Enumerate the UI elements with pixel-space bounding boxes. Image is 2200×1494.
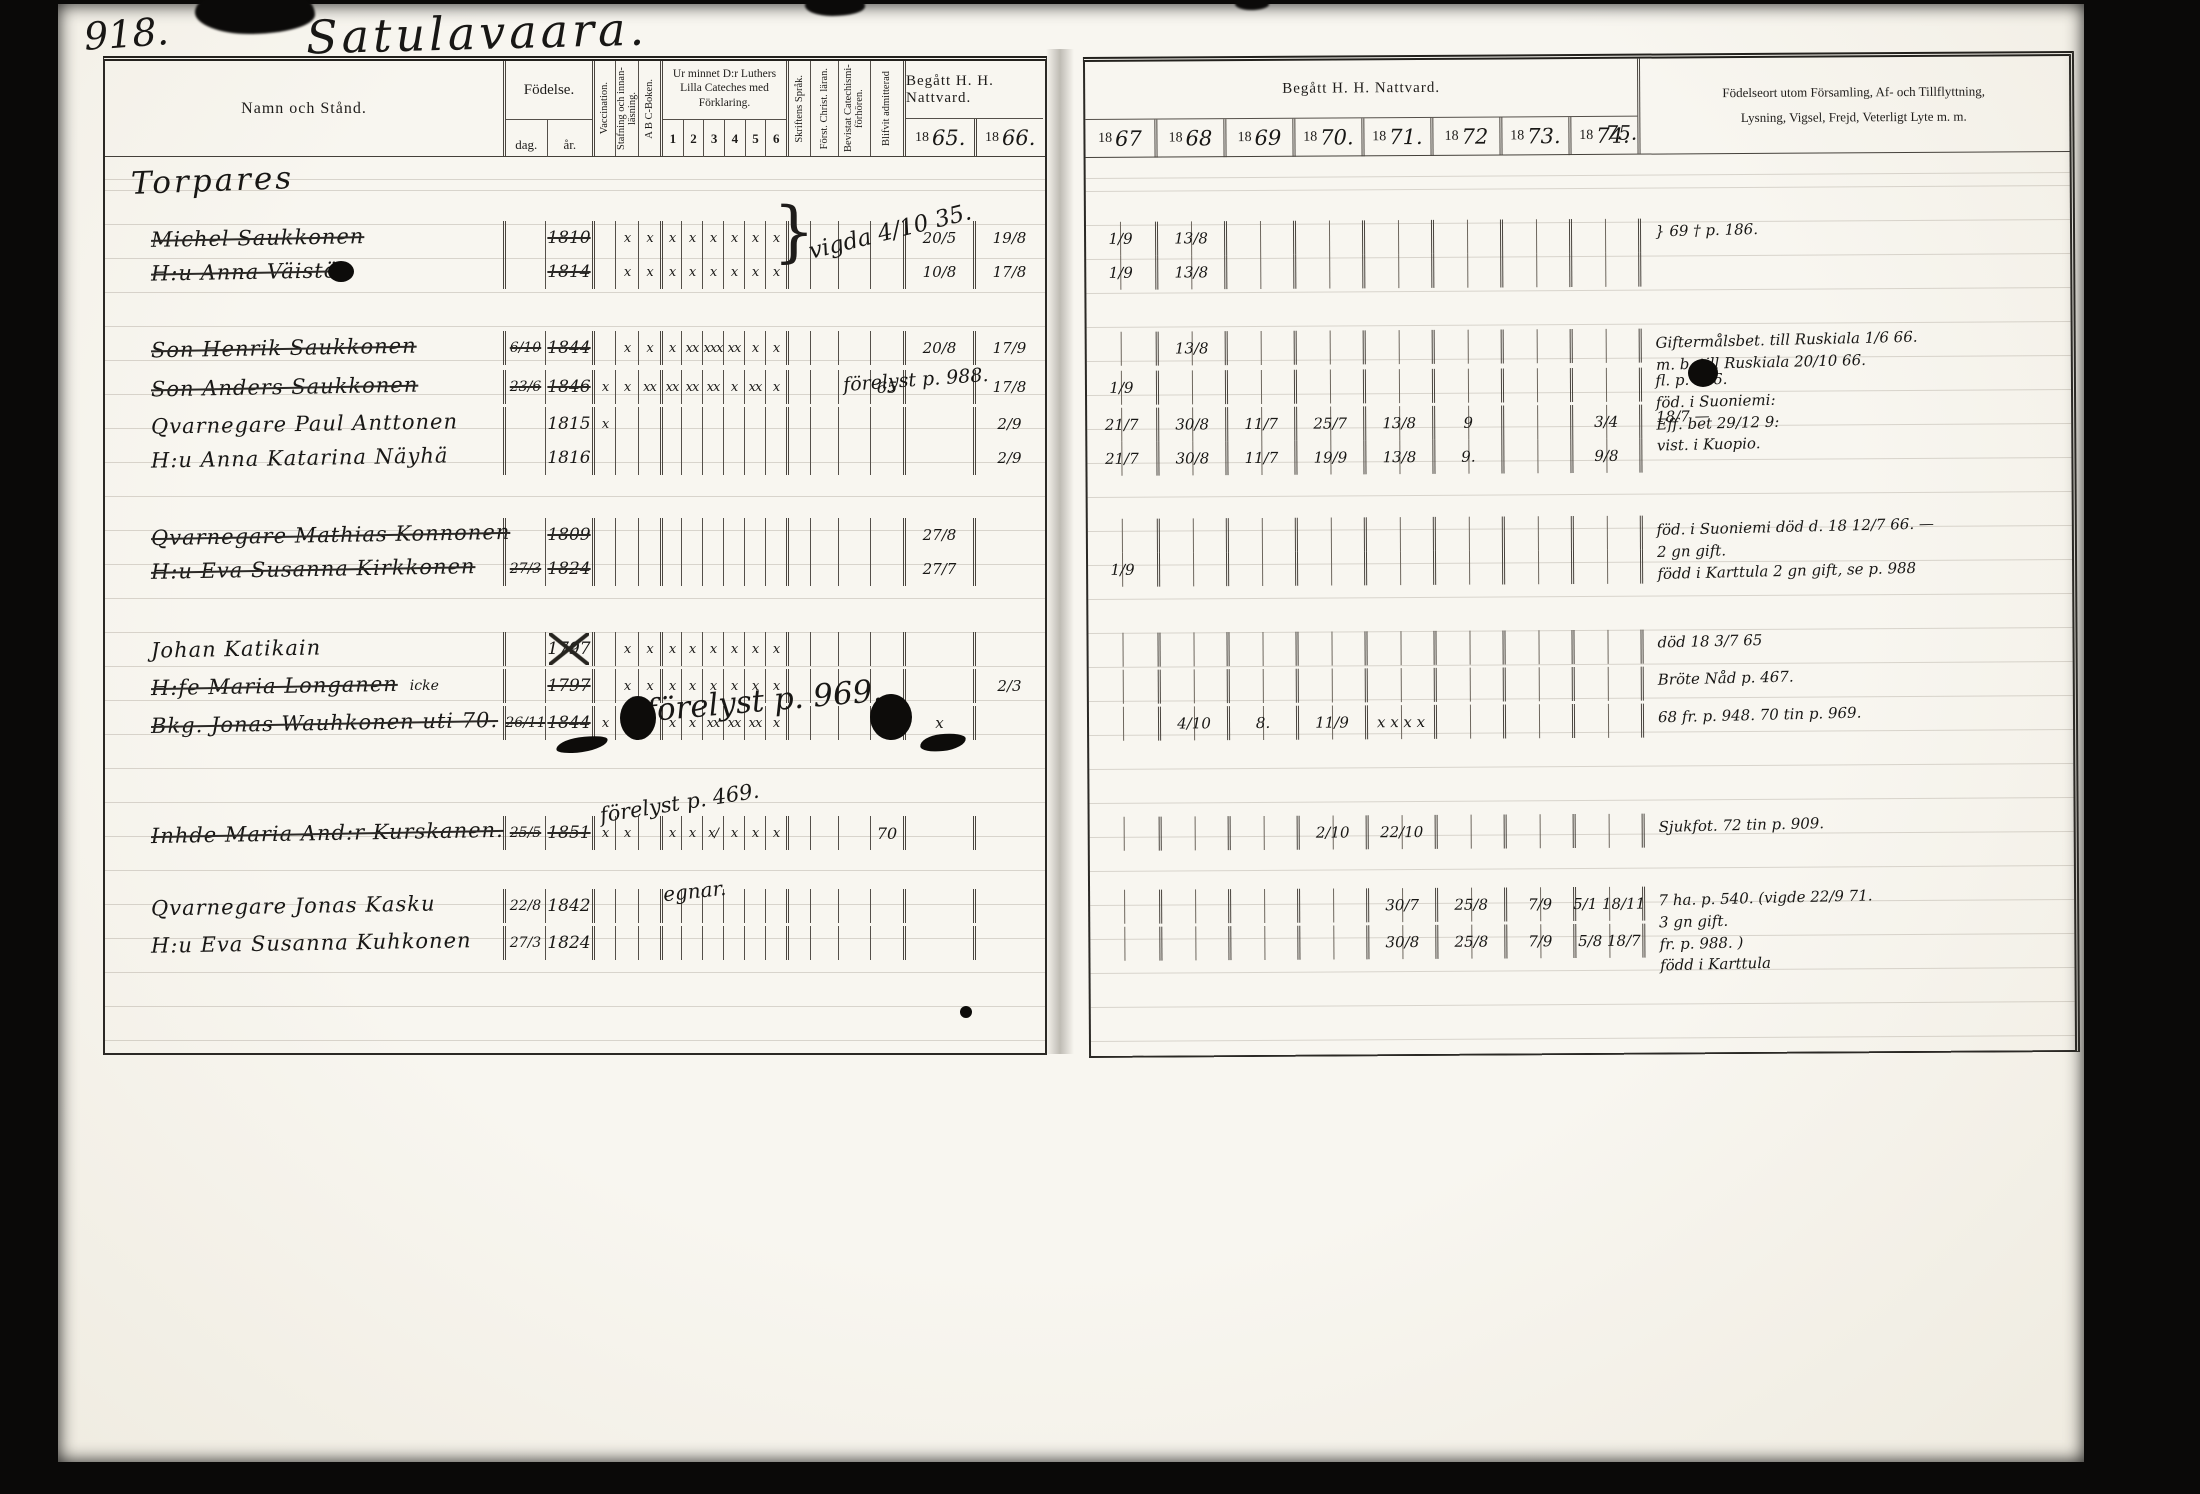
nattvard-1867-cell: 21/7 bbox=[1087, 408, 1156, 442]
cateches-col-3: 3 bbox=[703, 120, 724, 157]
register-row-left: H:u Anna Katarina Näyhä 1816 bbox=[105, 441, 1045, 475]
nattvard-1873-cell bbox=[1502, 516, 1571, 550]
year-column-header: 18 71. bbox=[1361, 118, 1430, 156]
birth-year-cell: 1844 bbox=[545, 706, 592, 740]
nattvard-1867-cell bbox=[1089, 670, 1158, 704]
bevistat-cell bbox=[838, 407, 870, 441]
year-handwritten-digits: 71. bbox=[1389, 125, 1423, 149]
left-page-table: Namn och Stånd. Födelse. dag. år. Vaccin… bbox=[103, 56, 1047, 1055]
person-name: Qvarnegare Mathias Konnonen bbox=[151, 520, 511, 550]
cateches-mark-4 bbox=[723, 926, 744, 960]
nattvard-1869-cell: 11/7 bbox=[1225, 407, 1294, 441]
register-row-right: 4/10 8. 11/9 x x x x 68 fr. p. 948. 70 t… bbox=[1089, 701, 2073, 741]
vaccination-mark bbox=[592, 518, 615, 552]
birth-day-cell bbox=[503, 221, 545, 255]
year-printed-prefix: 18 bbox=[1372, 129, 1386, 145]
header-blifvit-label: Blifvit admitterad bbox=[881, 71, 892, 146]
header-vaccination-label: Vaccination. bbox=[599, 82, 610, 134]
nattvard-1872-cell bbox=[1433, 550, 1502, 584]
right-table-body: 1/9 13/8 } 69 † p. 186. 1/9 13/8 bbox=[1086, 152, 2075, 1055]
cateches-mark-6: x bbox=[765, 331, 786, 365]
nattvard-1874-cell: 5/8 18/7 bbox=[1573, 924, 1642, 958]
nattvard-1873-cell bbox=[1501, 329, 1570, 363]
nattvard-1869-cell: 11/7 bbox=[1225, 441, 1294, 475]
cateches-mark-2: x bbox=[681, 816, 702, 850]
cateches-mark-2: x bbox=[681, 221, 702, 255]
cateches-mark-5: x bbox=[744, 669, 765, 703]
cateches-col-6: 6 bbox=[765, 120, 786, 157]
bevistat-cell bbox=[838, 706, 870, 740]
birth-year-cell: 1844 bbox=[545, 331, 592, 365]
header-forst-label: Först. Christ. läran. bbox=[819, 68, 830, 149]
nattvard-1867-cell: 1/9 bbox=[1088, 553, 1157, 587]
birth-year-cell: 1814 bbox=[545, 255, 592, 289]
header-dag: dag. bbox=[506, 120, 547, 157]
nattvard-1871-cell bbox=[1362, 220, 1431, 254]
cateches-mark-3 bbox=[702, 407, 723, 441]
nattvard-1871-cell bbox=[1365, 668, 1434, 702]
row-note: Sjukfot. 72 tin p. 909. bbox=[1658, 813, 1824, 839]
header-stafning: Stafning och innan-läsning. bbox=[615, 61, 638, 156]
name-cell: Son Henrik Saukkonen bbox=[105, 331, 503, 365]
cateches-mark-3: x bbox=[702, 669, 723, 703]
nattvard-1871-cell: 30/8 bbox=[1366, 925, 1435, 959]
nattvard-1868-cell: 4/10 bbox=[1158, 706, 1227, 740]
register-row-left: H:u Eva Susanna Kuhkonen 27/3 1824 bbox=[105, 926, 1045, 960]
cateches-mark-2 bbox=[681, 552, 702, 586]
cateches-mark-4: x bbox=[723, 632, 744, 666]
cateches-mark-2 bbox=[681, 518, 702, 552]
stafning-mark bbox=[615, 407, 638, 441]
nattvard-1874-cell bbox=[1569, 219, 1638, 253]
christ-laran-cell bbox=[810, 669, 838, 703]
birth-year-cell: 1824 bbox=[545, 926, 592, 960]
nattvard-1873-cell bbox=[1502, 630, 1571, 664]
cateches-mark-1 bbox=[660, 552, 681, 586]
cateches-col-2: 2 bbox=[683, 120, 704, 157]
nattvard-1874-cell bbox=[1572, 704, 1641, 738]
stafning-mark: x bbox=[615, 370, 638, 404]
birth-day-cell: 26/11 bbox=[503, 706, 545, 740]
header-fodelse: Födelse. dag. år. bbox=[503, 61, 592, 156]
cateches-mark-5 bbox=[744, 889, 765, 923]
nattvard-1870-cell bbox=[1294, 369, 1363, 403]
nattvard-1869-cell bbox=[1228, 889, 1297, 923]
nattvard-1874-cell bbox=[1569, 253, 1638, 287]
christ-laran-cell bbox=[810, 926, 838, 960]
nattvard-1869-cell bbox=[1226, 552, 1295, 586]
nattvard-1869-cell: 8. bbox=[1227, 706, 1296, 740]
name-cell: H:fe Maria Longanenicke bbox=[105, 669, 503, 703]
notes-cell: Bröte Nåd p. 467. bbox=[1641, 664, 2071, 701]
birth-day-cell bbox=[503, 669, 545, 703]
cateches-mark-6 bbox=[765, 518, 786, 552]
name-cell: H:u Eva Susanna Kuhkonen bbox=[105, 926, 503, 960]
nattvard-1872-cell: 25/8 bbox=[1435, 887, 1504, 921]
year-column-header: 18 72 bbox=[1430, 117, 1499, 155]
nattvard-1865-cell: 27/7 bbox=[903, 552, 973, 586]
notes-cell: död 18 3/7 65 bbox=[1640, 627, 2070, 664]
cateches-mark-5 bbox=[744, 518, 765, 552]
nattvard-1865-cell bbox=[903, 370, 973, 404]
right-table-header: Begått H. H. Nattvard. 18 67 18 68 bbox=[1085, 56, 2070, 158]
header-skriftens-sprak: Skriftens Språk. bbox=[786, 61, 810, 156]
bevistat-cell bbox=[838, 221, 870, 255]
right-year-columns: 18 67 18 68 18 69 bbox=[1085, 116, 1637, 158]
cateches-mark-4 bbox=[723, 518, 744, 552]
nattvard-1868-cell bbox=[1159, 889, 1228, 923]
cateches-mark-1: x bbox=[660, 221, 681, 255]
ink-blot bbox=[620, 696, 656, 740]
nattvard-1873-cell bbox=[1504, 814, 1573, 848]
nattvard-1870-cell: 2/10 bbox=[1297, 815, 1366, 849]
register-row-left: 1 Michel Saukkonen 1810 x x x x x x x x bbox=[105, 221, 1045, 255]
cateches-mark-3: x bbox=[702, 632, 723, 666]
cateches-mark-5 bbox=[744, 407, 765, 441]
nattvard-1871-cell bbox=[1364, 517, 1433, 551]
nattvard-1870-cell: 11/9 bbox=[1296, 705, 1365, 739]
skriftens-cell bbox=[786, 407, 810, 441]
parish-register-scan: 918. Satulavaara. Namn och Stånd. Födels… bbox=[0, 0, 2200, 1494]
cateches-col-5: 5 bbox=[745, 120, 766, 157]
nattvard-1866-cell: 17/8 bbox=[973, 255, 1043, 289]
stafning-mark: x bbox=[615, 255, 638, 289]
person-name: Son Anders Saukkonen bbox=[151, 373, 419, 402]
year-printed-prefix: 18 bbox=[1169, 130, 1183, 146]
cateches-mark-6: x bbox=[765, 255, 786, 289]
nattvard-1871-cell: 13/8 bbox=[1363, 406, 1432, 440]
nattvard-1874-cell bbox=[1572, 667, 1641, 701]
cateches-mark-6 bbox=[765, 889, 786, 923]
nattvard-1870-cell: 19/9 bbox=[1294, 440, 1363, 474]
header-namn-och-stand: Namn och Stånd. bbox=[105, 61, 503, 156]
paper-spread: 918. Satulavaara. Namn och Stånd. Födels… bbox=[58, 4, 2084, 1462]
header-begatt-nattvard-right: Begått H. H. Nattvard. 18 67 18 68 bbox=[1085, 59, 1638, 157]
cateches-mark-1: x bbox=[660, 632, 681, 666]
cateches-mark-5: x bbox=[744, 221, 765, 255]
stafning-mark bbox=[615, 889, 638, 923]
person-name: H:fe Maria Longanen bbox=[151, 672, 398, 700]
cateches-mark-1: x bbox=[660, 255, 681, 289]
register-row-right: Bröte Nåd p. 467. bbox=[1089, 664, 2073, 704]
header-fodelse-sub: dag. år. bbox=[506, 119, 592, 157]
year-handwritten-digits: 69 bbox=[1255, 126, 1282, 150]
vaccination-mark: x bbox=[592, 816, 615, 850]
birth-day-cell bbox=[503, 407, 545, 441]
birth-day-cell: 25/5 bbox=[503, 816, 545, 850]
admitterad-cell bbox=[870, 632, 903, 666]
christ-laran-cell bbox=[810, 255, 838, 289]
header-begatt-label: Begått H. H. Nattvard. bbox=[906, 61, 1043, 118]
header-blifvit-admitterad: Blifvit admitterad bbox=[870, 61, 903, 156]
header-vaccination: Vaccination. bbox=[592, 61, 615, 156]
skriftens-cell bbox=[786, 816, 810, 850]
birth-day-cell: 27/3 bbox=[503, 552, 545, 586]
nattvard-1874-cell bbox=[1571, 550, 1640, 584]
cateches-mark-2: x bbox=[681, 255, 702, 289]
cateches-mark-4: x bbox=[723, 370, 744, 404]
year-column-header: 18 70. bbox=[1292, 118, 1361, 156]
cateches-mark-3: xx bbox=[702, 706, 723, 740]
cateches-mark-6: x bbox=[765, 632, 786, 666]
vaccination-mark bbox=[592, 926, 615, 960]
header-begatt-right-label: Begått H. H. Nattvard. bbox=[1085, 59, 1637, 119]
bevistat-cell bbox=[838, 816, 870, 850]
nattvard-1874-cell: 9/8 bbox=[1570, 439, 1639, 473]
nattvard-1865-cell: 10/8 bbox=[903, 255, 973, 289]
register-row-right: 2/10 22/10 Sjukfot. 72 tin p. 909. bbox=[1090, 811, 2074, 851]
cateches-mark-5: x bbox=[744, 632, 765, 666]
cateches-mark-1: x bbox=[660, 816, 681, 850]
name-cell: Bkg. Jonas Wauhkonen uti 70. bbox=[105, 706, 503, 740]
nattvard-1869-cell bbox=[1226, 632, 1295, 666]
ink-blot bbox=[870, 694, 912, 740]
admitterad-cell bbox=[870, 552, 903, 586]
admitterad-cell bbox=[870, 441, 903, 475]
skriftens-cell bbox=[786, 331, 810, 365]
nattvard-1872-cell bbox=[1431, 219, 1500, 253]
birth-year-cell: 1797 bbox=[545, 669, 592, 703]
year-handwritten-digits: 70. bbox=[1320, 125, 1354, 149]
nattvard-1870-cell bbox=[1295, 631, 1364, 665]
birth-year-cell: 1810 bbox=[545, 221, 592, 255]
nattvard-1867-cell: 21/7 bbox=[1087, 442, 1156, 476]
nattvard-1865-cell bbox=[903, 889, 973, 923]
year-handwritten-digits: 74. bbox=[1596, 124, 1630, 148]
bevistat-cell bbox=[838, 518, 870, 552]
birth-day-cell: 22/8 bbox=[503, 889, 545, 923]
nattvard-1867-cell: 1/9 bbox=[1087, 371, 1156, 405]
register-row-right: 1/9 bbox=[1088, 547, 2072, 587]
nattvard-1872-cell bbox=[1433, 630, 1502, 664]
nattvard-1867-cell: 1/9 bbox=[1086, 222, 1155, 256]
register-row-left: i bgd H:fe Maria Longanenicke 1797 x x x… bbox=[105, 669, 1045, 703]
name-cell: Qvarnegare Paul Anttonen bbox=[105, 407, 503, 441]
skriftens-cell bbox=[786, 441, 810, 475]
skriftens-cell bbox=[786, 255, 810, 289]
nattvard-1872-cell bbox=[1432, 368, 1501, 402]
cateches-mark-4 bbox=[723, 552, 744, 586]
nattvard-1865-cell bbox=[903, 926, 973, 960]
nattvard-1872-cell bbox=[1434, 667, 1503, 701]
nattvard-1870-cell bbox=[1297, 925, 1366, 959]
cateches-mark-4: x bbox=[723, 255, 744, 289]
nattvard-1871-cell bbox=[1364, 631, 1433, 665]
birth-year-cell: 1815 bbox=[545, 407, 592, 441]
skriftens-cell bbox=[786, 926, 810, 960]
name-cell: Johan Katikain bbox=[105, 632, 503, 666]
skriftens-cell bbox=[786, 706, 810, 740]
nattvard-1865-cell bbox=[903, 407, 973, 441]
header-forst-christ-laran: Först. Christ. läran. bbox=[810, 61, 838, 156]
cateches-mark-5: x bbox=[744, 255, 765, 289]
name-cell: Qvarnegare Mathias Konnonen bbox=[105, 518, 503, 552]
christ-laran-cell bbox=[810, 632, 838, 666]
left-table-body: 1 Michel Saukkonen 1810 x x x x x x x x bbox=[105, 157, 1045, 1052]
nattvard-1865-cell: 27/8 bbox=[903, 518, 973, 552]
nattvard-1871-cell bbox=[1362, 254, 1431, 288]
cateches-mark-5 bbox=[744, 926, 765, 960]
cateches-mark-4 bbox=[723, 441, 744, 475]
nattvard-1872-cell bbox=[1435, 814, 1504, 848]
cateches-mark-2 bbox=[681, 407, 702, 441]
skriftens-cell bbox=[786, 889, 810, 923]
year-column-header: 18 65. bbox=[906, 119, 974, 157]
year-printed-prefix: 18 bbox=[915, 130, 929, 146]
nattvard-1869-cell bbox=[1228, 926, 1297, 960]
christ-laran-cell bbox=[810, 706, 838, 740]
stafning-mark: x bbox=[615, 632, 638, 666]
nattvard-1871-cell bbox=[1364, 551, 1433, 585]
skriftens-cell bbox=[786, 518, 810, 552]
register-row-left: Son Anders Saukkonen 23/6 1846 x x xx xx… bbox=[105, 370, 1045, 404]
cateches-mark-2: x bbox=[681, 706, 702, 740]
year-printed-prefix: 18 bbox=[1238, 130, 1252, 146]
nattvard-1868-cell bbox=[1157, 552, 1226, 586]
nattvard-1873-cell bbox=[1500, 219, 1569, 253]
cateches-mark-2 bbox=[681, 926, 702, 960]
name-cell: Michel Saukkonen bbox=[105, 221, 503, 255]
nattvard-1866-cell: 17/8 bbox=[973, 370, 1043, 404]
cateches-mark-4: xx bbox=[723, 706, 744, 740]
row-note: 18/7 — bbox=[1656, 406, 1710, 429]
cateches-mark-3 bbox=[702, 552, 723, 586]
christ-laran-cell bbox=[810, 518, 838, 552]
vaccination-mark: x bbox=[592, 370, 615, 404]
register-row-left: 1 Inhde Maria And:r Kurskanen. 25/5 1851… bbox=[105, 816, 1045, 850]
year-printed-prefix: 18 bbox=[1510, 128, 1524, 144]
name-cell: H:u Anna Katarina Näyhä bbox=[105, 441, 503, 475]
nattvard-1870-cell bbox=[1293, 220, 1362, 254]
nattvard-1874-cell bbox=[1571, 630, 1640, 664]
cateches-mark-3 bbox=[702, 926, 723, 960]
year-handwritten-digits: 66. bbox=[1002, 126, 1035, 150]
nattvard-1869-cell bbox=[1226, 518, 1295, 552]
cateches-col-1: 1 bbox=[663, 120, 683, 157]
birth-day-cell bbox=[503, 632, 545, 666]
header-namn-label: Namn och Stånd. bbox=[241, 100, 367, 118]
abc-mark: x bbox=[638, 221, 660, 255]
cateches-mark-3: xx bbox=[702, 370, 723, 404]
bevistat-cell bbox=[838, 926, 870, 960]
header-notes-column: Födelseort utom Församling, Af- och Till… bbox=[1637, 56, 2068, 154]
nattvard-1865-cell bbox=[903, 441, 973, 475]
birth-year-cell: 1809 bbox=[545, 518, 592, 552]
person-name: Johan Katikain bbox=[151, 636, 322, 663]
person-name: Qvarnegare Jonas Kasku bbox=[151, 892, 436, 921]
register-row-left: 5 Qvarnegare Mathias Konnonen 1809 bbox=[105, 518, 1045, 552]
page-number: 918. bbox=[83, 9, 170, 59]
year-handwritten-digits: 72 bbox=[1461, 125, 1488, 149]
left-year-columns: 18 65. 18 66. bbox=[906, 118, 1043, 157]
nattvard-1866-cell bbox=[973, 926, 1043, 960]
cateches-mark-2 bbox=[681, 441, 702, 475]
christ-laran-cell bbox=[810, 407, 838, 441]
nattvard-1874-cell: 3/4 bbox=[1570, 405, 1639, 439]
notes-cell: Sjukfot. 72 tin p. 909. bbox=[1642, 811, 2072, 848]
admitterad-cell bbox=[870, 407, 903, 441]
register-row-left: Son Henrik Saukkonen 6/10 1844 x x x xx … bbox=[105, 331, 1045, 365]
nattvard-1867-cell bbox=[1090, 927, 1159, 961]
cateches-mark-4 bbox=[723, 889, 744, 923]
nattvard-1872-cell: 9. bbox=[1432, 439, 1501, 473]
cateches-mark-1 bbox=[660, 518, 681, 552]
page-gutter-shadow bbox=[1046, 49, 1074, 1054]
cateches-mark-4: x bbox=[723, 221, 744, 255]
cateches-mark-5: x bbox=[744, 816, 765, 850]
header-begatt-nattvard-left: Begått H. H. Nattvard. 18 65. 18 66. bbox=[903, 61, 1043, 156]
vaccination-mark bbox=[592, 441, 615, 475]
notes-cell bbox=[1639, 436, 2069, 473]
bevistat-cell bbox=[838, 552, 870, 586]
nattvard-1865-cell bbox=[903, 632, 973, 666]
cateches-mark-5: xx bbox=[744, 370, 765, 404]
cateches-mark-2: xx bbox=[681, 331, 702, 365]
cateches-mark-5: xx bbox=[744, 706, 765, 740]
year-column-header: 18 67 bbox=[1085, 120, 1154, 158]
row-note: död 18 3/7 65 bbox=[1657, 630, 1762, 654]
header-abc-label: A B C-Boken. bbox=[644, 79, 655, 139]
nattvard-1870-cell bbox=[1294, 330, 1363, 364]
ink-dot bbox=[960, 1006, 972, 1018]
bevistat-cell bbox=[838, 255, 870, 289]
nattvard-1869-cell bbox=[1224, 221, 1293, 255]
person-name: Michel Saukkonen bbox=[151, 224, 365, 252]
notes-cell: 18/7 — bbox=[1639, 402, 2069, 439]
abc-mark: x bbox=[638, 632, 660, 666]
abc-mark bbox=[638, 926, 660, 960]
header-cateches-columns: 1 2 3 4 5 6 bbox=[663, 119, 786, 157]
notes-header-line1: Födelseort utom Församling, Af- och Till… bbox=[1640, 83, 2067, 102]
year-column-header: 18 73. bbox=[1499, 117, 1568, 155]
nattvard-1867-cell: 1/9 bbox=[1086, 256, 1155, 290]
year-printed-prefix: 18 bbox=[1098, 131, 1112, 147]
nattvard-1867-cell bbox=[1090, 890, 1159, 924]
cateches-mark-1: x bbox=[660, 706, 681, 740]
year-printed-prefix: 18 bbox=[1303, 130, 1317, 146]
cateches-mark-2: x bbox=[681, 632, 702, 666]
nattvard-1869-cell bbox=[1224, 255, 1293, 289]
nattvard-1872-cell: 25/8 bbox=[1435, 924, 1504, 958]
birth-day-cell: 23/6 bbox=[503, 370, 545, 404]
person-name: H:u Anna Katarina Näyhä bbox=[151, 443, 449, 472]
vaccination-mark bbox=[592, 331, 615, 365]
year-column-header: 18 66. bbox=[974, 119, 1043, 157]
nattvard-1873-cell bbox=[1500, 253, 1569, 287]
name-suffix-note: icke bbox=[410, 678, 439, 694]
vaccination-mark bbox=[592, 632, 615, 666]
nattvard-1868-cell: 13/8 bbox=[1155, 221, 1224, 255]
cateches-mark-6: x bbox=[765, 669, 786, 703]
nattvard-1865-cell bbox=[903, 669, 973, 703]
notes-cell: Giftermålsbet. till Ruskiala 1/6 66. m. … bbox=[1639, 326, 2069, 363]
nattvard-1869-cell bbox=[1227, 669, 1296, 703]
abc-mark: x bbox=[638, 331, 660, 365]
register-row-right: 13/8 Giftermålsbet. till Ruskiala 1/6 66… bbox=[1087, 326, 2071, 366]
birth-year-cell: 1842 bbox=[545, 889, 592, 923]
nattvard-1868-cell: 30/8 bbox=[1156, 441, 1225, 475]
nattvard-1870-cell bbox=[1295, 551, 1364, 585]
stafning-mark bbox=[615, 552, 638, 586]
nattvard-1866-cell: 17/9 bbox=[973, 331, 1043, 365]
skriftens-cell bbox=[786, 221, 810, 255]
cateches-mark-3 bbox=[702, 889, 723, 923]
cateches-mark-4: x bbox=[723, 816, 744, 850]
nattvard-1873-cell: 7/9 bbox=[1504, 887, 1573, 921]
nattvard-1873-cell bbox=[1501, 405, 1570, 439]
nattvard-1871-cell: 13/8 bbox=[1363, 440, 1432, 474]
cateches-mark-1 bbox=[660, 926, 681, 960]
